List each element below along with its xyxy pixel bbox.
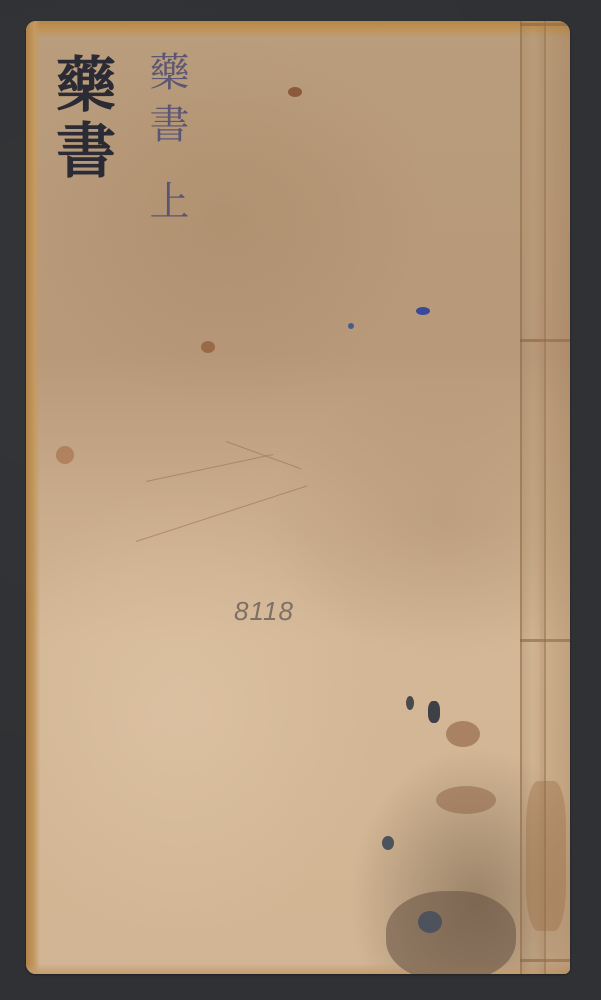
ink-spot	[348, 323, 354, 329]
stain	[201, 341, 215, 353]
ink-spot	[382, 836, 394, 850]
stain	[386, 891, 516, 974]
left-edge	[26, 21, 40, 974]
stain	[56, 446, 74, 464]
ink-spot	[406, 696, 414, 710]
ink-spot	[416, 307, 430, 315]
ink-spot	[418, 911, 442, 933]
stain	[526, 781, 566, 931]
book-cover: 藥書 藥書 上 8118	[26, 21, 570, 974]
printed-title: 藥書	[46, 53, 116, 185]
worn-paper-region	[40, 451, 400, 971]
stain	[288, 87, 302, 97]
stain	[436, 786, 496, 814]
inventory-number: 8118	[234, 596, 294, 627]
ink-spot	[428, 701, 440, 723]
handwritten-label: 藥書 上	[141, 51, 191, 232]
stain	[446, 721, 480, 747]
top-edge	[26, 21, 570, 37]
